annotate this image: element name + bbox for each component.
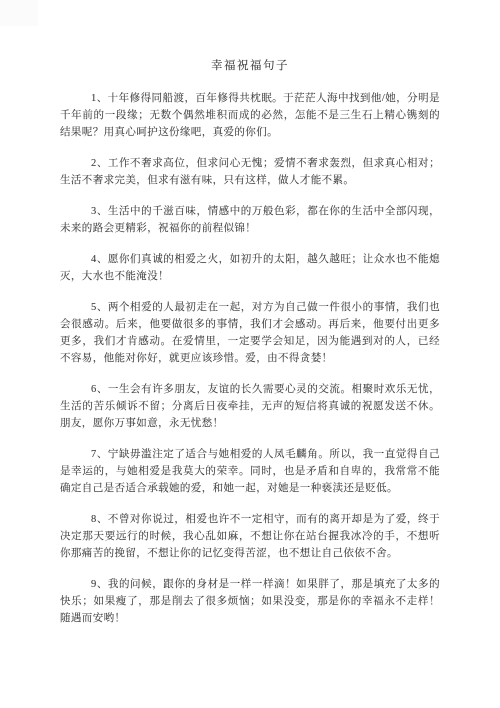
document-content: 幸福祝福句子 1、十年修得同船渡，百年修得共枕眠。于茫茫人海中找到他/她，分明是… xyxy=(60,57,440,641)
paragraph-9: 9、我的问候，跟你的身材是一样一样滴！如果胖了，那是填充了太多的快乐；如果瘦了，… xyxy=(60,576,440,627)
paragraph-5: 5、两个相爱的人最初走在一起，对方为自己做一件很小的事情，我们也会很感动。后来，… xyxy=(60,299,440,367)
paragraph-4: 4、愿你们真诚的相爱之火，如初升的太阳，越久越旺；让众水也不能熄灭，大水也不能淹… xyxy=(60,251,440,285)
scan-artifact xyxy=(0,0,38,26)
paragraph-1: 1、十年修得同船渡，百年修得共枕眠。于茫茫人海中找到他/她，分明是千年前的一段缘… xyxy=(60,90,440,141)
paragraph-3: 3、生活中的千滋百味，情感中的万般色彩，都在你的生活中全部闪现，未来的路会更精彩… xyxy=(60,203,440,237)
paragraph-8: 8、不曾对你说过，相爱也许不一定相守，而有的离开却是为了爱，终于决定那天要远行的… xyxy=(60,511,440,562)
paragraph-7: 7、宁缺毋滥注定了适合与她相爱的人凤毛麟角。所以，我一直觉得自己是幸运的，与她相… xyxy=(60,446,440,497)
paragraph-2: 2、工作不奢求高位，但求问心无愧；爱情不奢求轰烈，但求真心相对；生活不奢求完美，… xyxy=(60,155,440,189)
page-title: 幸福祝福句子 xyxy=(60,57,440,73)
document-page: 幸福祝福句子 1、十年修得同船渡，百年修得共枕眠。于茫茫人海中找到他/她，分明是… xyxy=(0,0,500,708)
paragraph-6: 6、一生会有许多朋友，友谊的长久需要心灵的交流。相聚时欢乐无忧，生活的苦乐倾诉不… xyxy=(60,381,440,432)
